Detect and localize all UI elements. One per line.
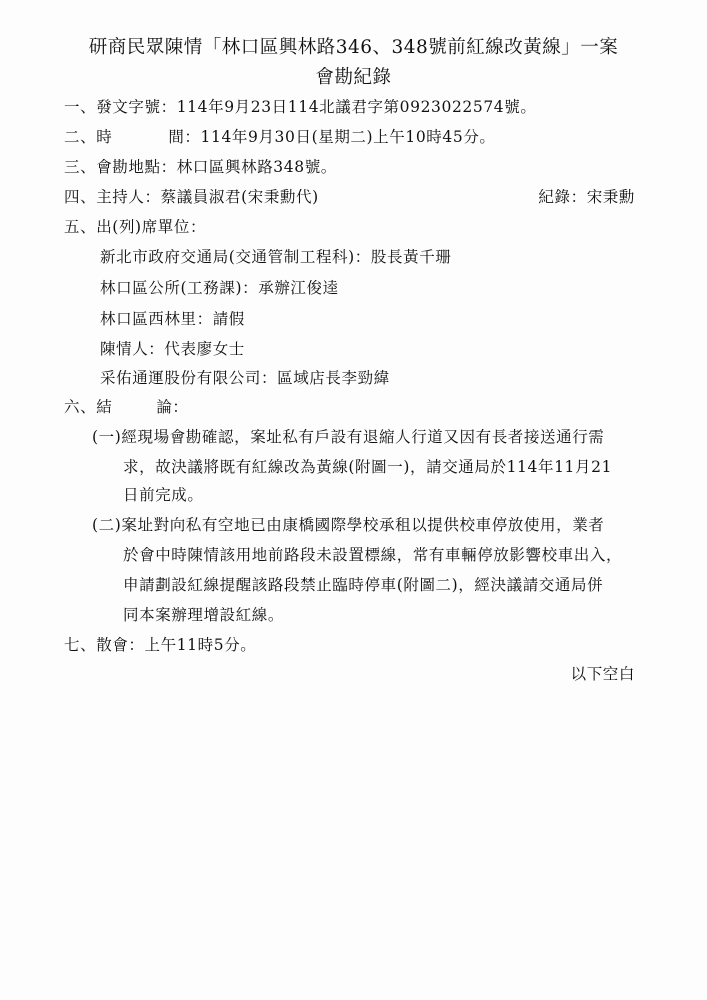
conclusion-line: 求，故決議將既有紅線改為黃線(附圖一)，請交通局於114年11月21 [123, 456, 612, 478]
conclusion-label-prefix: 六、結 [64, 398, 112, 416]
item-location: 三、會勘地點：林口區興林路348號。 [64, 156, 337, 178]
attendees-label: 五、出(列)席單位： [64, 216, 206, 238]
attendee-item: 陳情人：代表廖女士 [100, 338, 245, 360]
time-label-suffix: 間： [168, 128, 200, 146]
document-subtitle: 會勘紀錄 [0, 66, 707, 90]
location-value: 林口區興林路348號。 [177, 158, 337, 176]
host-label: 四、主持人： [64, 188, 161, 206]
adjourn-value: 上午11時5分。 [145, 636, 257, 654]
conclusion-line: 日前完成。 [123, 484, 204, 506]
item-doc-number: 一、發文字號：114年9月23日114北議君字第0923022574號。 [64, 96, 536, 118]
attendee-item: 林口區公所(工務課)：承辦江俊逵 [100, 277, 339, 299]
attendee-item: 采佑通運股份有限公司：區域店長李勁緯 [100, 367, 390, 389]
conclusion-line: 同本案辦理增設紅線。 [123, 604, 284, 626]
conclusion-line: 於會中時陳情該用地前路段未設置標線，常有車輛停放影響校車出入， [123, 544, 622, 566]
adjourn-label: 七、散會： [64, 636, 145, 654]
doc-number-value: 114年9月23日114北議君字第0923022574號。 [177, 98, 537, 116]
location-label: 三、會勘地點： [64, 158, 177, 176]
doc-number-label: 一、發文字號： [64, 98, 177, 116]
end-note: 以下空白 [571, 663, 635, 685]
conclusion-line: (一)經現場會勘確認，案址私有戶設有退縮人行道又因有長者接送通行需 [92, 426, 604, 448]
conclusion-label-suffix: 論： [156, 398, 188, 416]
attendee-item: 林口區西林里：請假 [100, 308, 245, 330]
item-time: 二、時間：114年9月30日(星期二)上午10時45分。 [64, 126, 496, 148]
conclusion-label: 六、結論： [64, 396, 189, 418]
document-title: 研商民眾陳情「林口區興林路346、348號前紅線改黃線」一案 [0, 36, 707, 60]
document-page: 研商民眾陳情「林口區興林路346、348號前紅線改黃線」一案 會勘紀錄 一、發文… [0, 0, 707, 1000]
host-value: 蔡議員淑君(宋秉勳代) [161, 188, 319, 206]
attendee-item: 新北市政府交通局(交通管制工程科)：股長黃千珊 [100, 246, 451, 268]
item-adjourn: 七、散會：上午11時5分。 [64, 634, 256, 656]
conclusion-line: 申請劃設紅線提醒該路段禁止臨時停車(附圖二)，經決議請交通局併 [123, 574, 603, 596]
time-label-prefix: 二、時 [64, 128, 112, 146]
item-host: 四、主持人：蔡議員淑君(宋秉勳代) [64, 186, 319, 208]
time-value: 114年9月30日(星期二)上午10時45分。 [201, 128, 496, 146]
recorder: 紀錄：宋秉勳 [538, 186, 635, 208]
conclusion-line: (二)案址對向私有空地已由康橋國際學校承租以提供校車停放使用，業者 [92, 514, 604, 536]
